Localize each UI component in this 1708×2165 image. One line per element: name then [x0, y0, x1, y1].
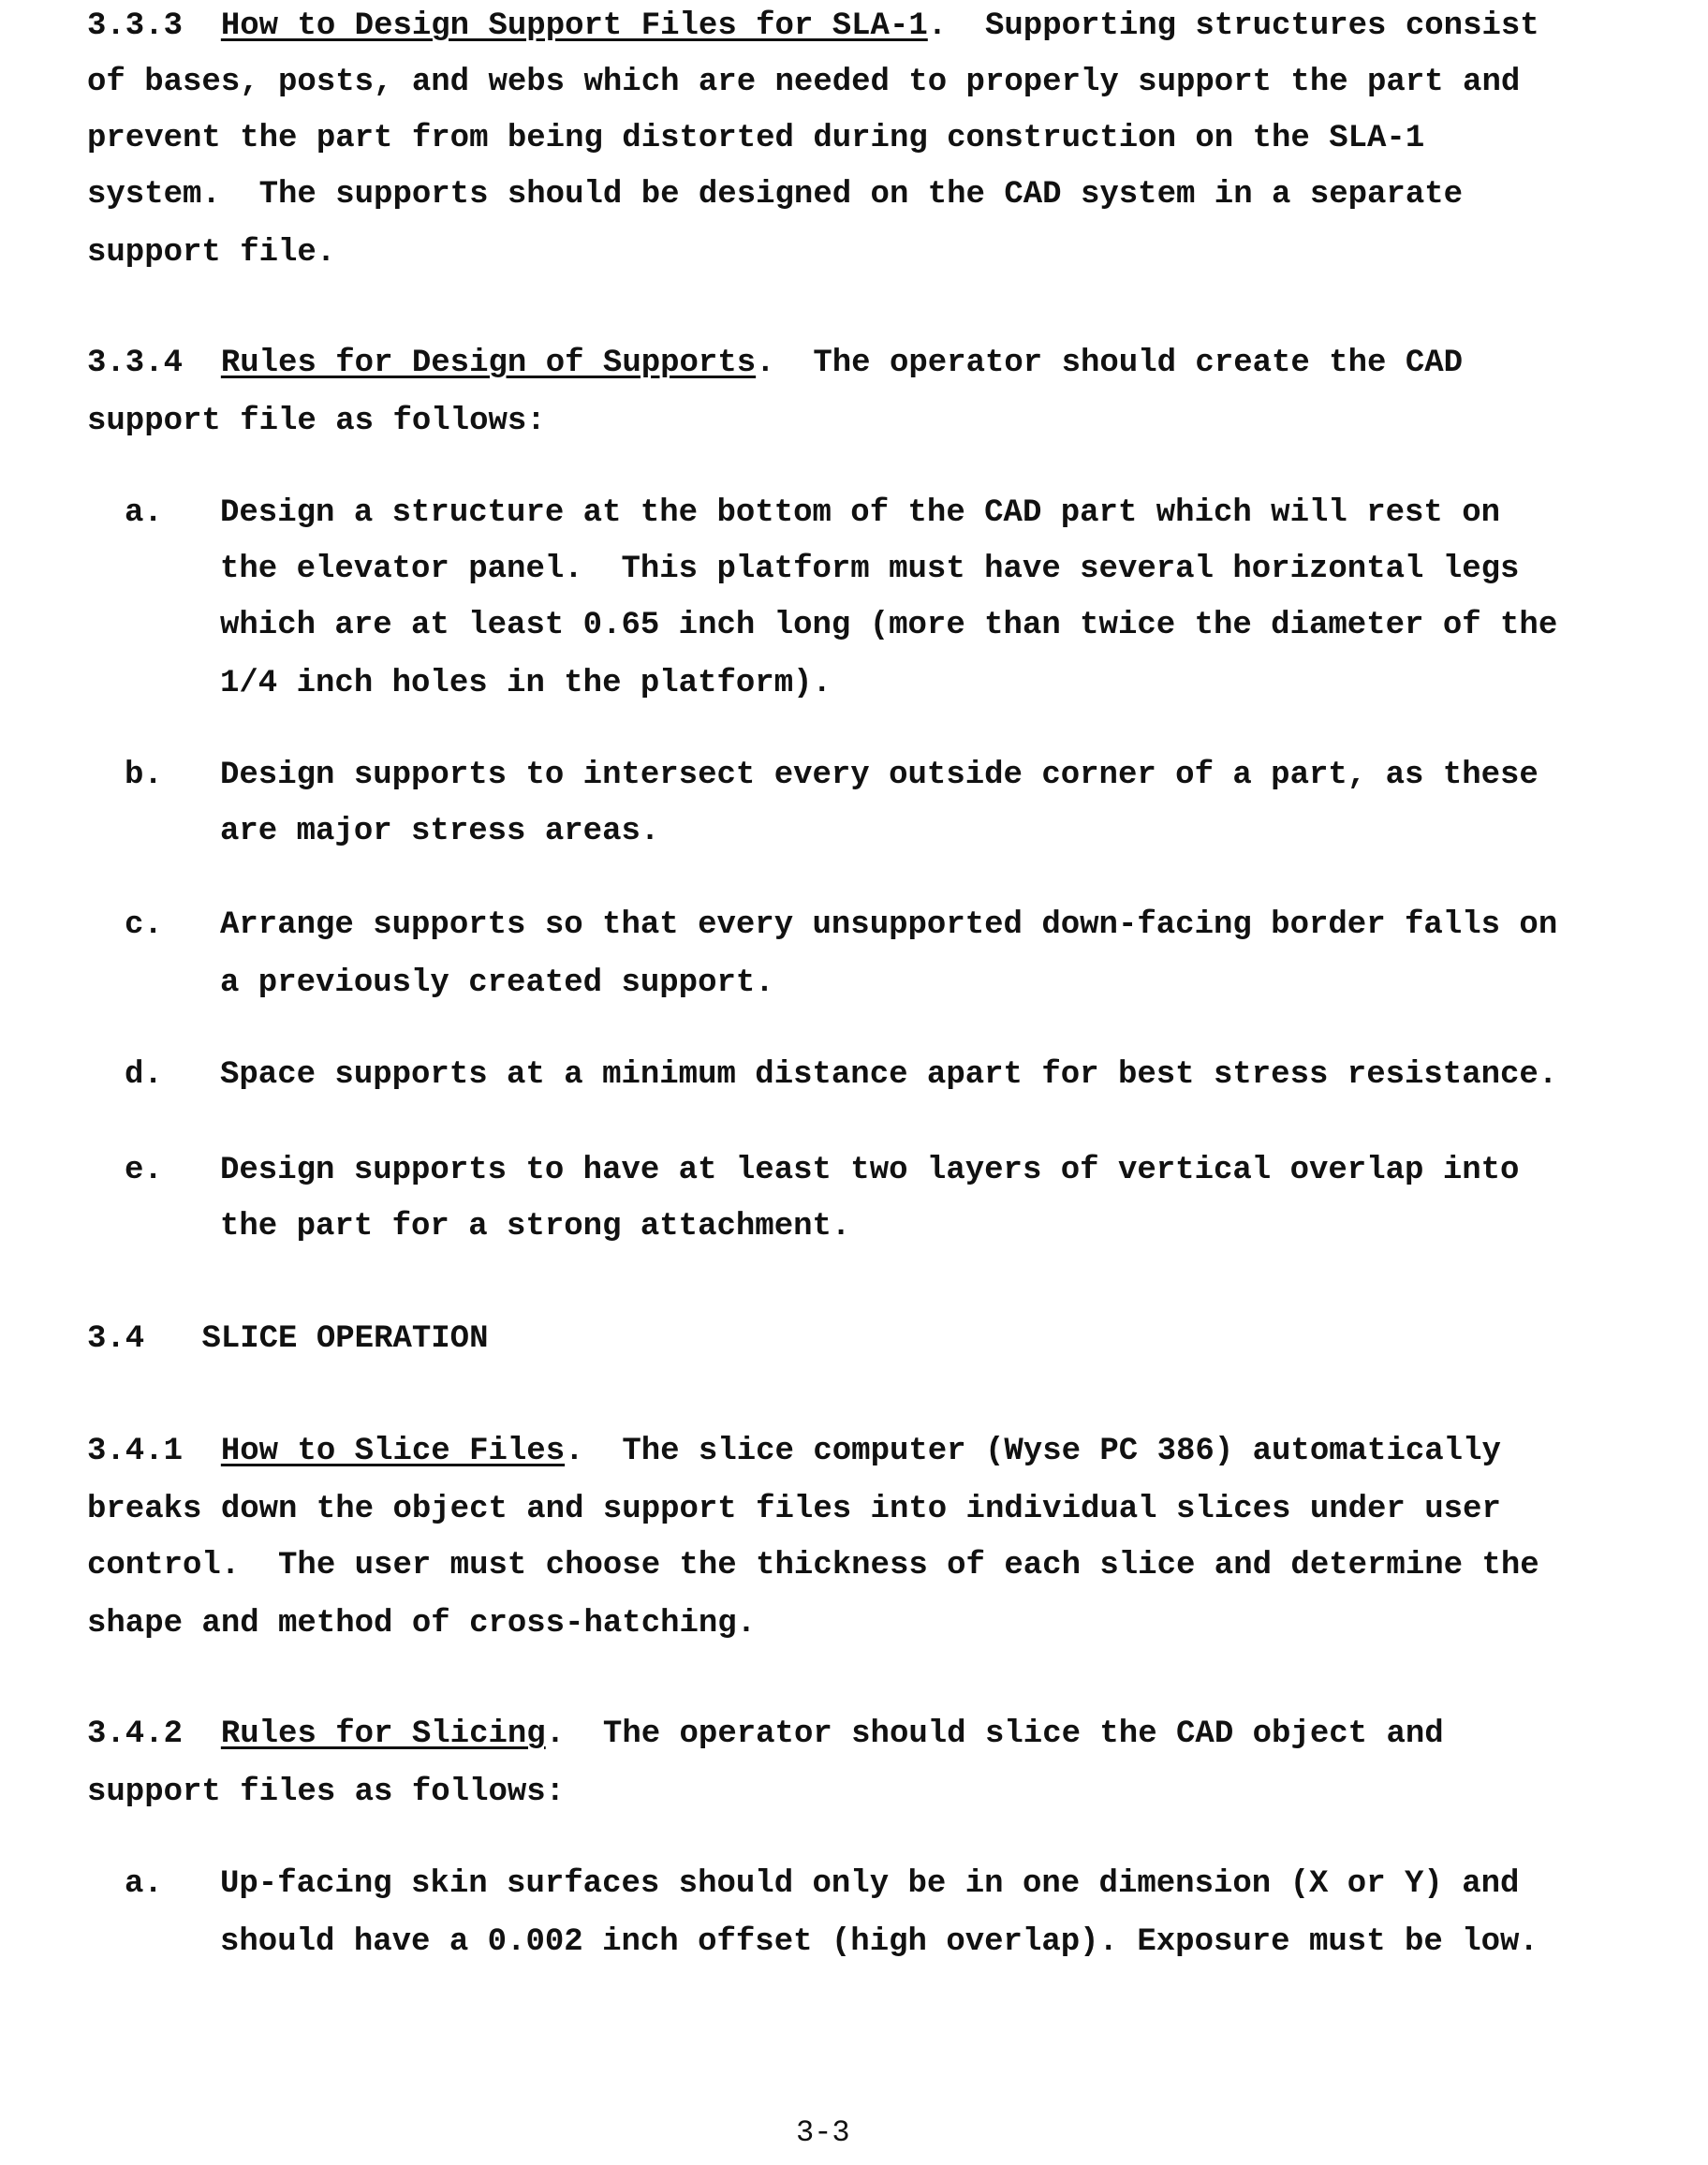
paragraph-line: support file as follows: — [87, 403, 546, 440]
paragraph-line: shape and method of cross-hatching. — [87, 1605, 756, 1642]
paragraph-line: system. The supports should be designed … — [87, 176, 1463, 214]
paragraph-line: support files as follows: — [87, 1774, 565, 1811]
paragraph-line: breaks down the object and support files… — [87, 1491, 1501, 1528]
section-3-4-2-heading-line: 3.4.2 Rules for Slicing. The operator sh… — [87, 1716, 1444, 1753]
list-item-line: the elevator panel. This platform must h… — [220, 551, 1519, 588]
paragraph-text: . Supporting structures consist — [928, 8, 1539, 44]
list-item-line: Design supports to have at least two lay… — [220, 1152, 1519, 1189]
list-item-line: Design supports to intersect every outsi… — [220, 757, 1539, 794]
list-item-line: 1/4 inch holes in the platform). — [220, 665, 832, 702]
paragraph-line: control. The user must choose the thickn… — [87, 1547, 1539, 1584]
list-item-letter: b. — [125, 757, 163, 794]
page-number: 3-3 — [796, 2114, 850, 2152]
list-item-line: a previously created support. — [220, 965, 774, 1002]
section-title: Rules for Design of Supports — [221, 346, 756, 381]
paragraph-text: . The operator should slice the CAD obje… — [546, 1716, 1444, 1752]
section-title: How to Design Support Files for SLA-1 — [221, 8, 928, 44]
section-number: 3.4.1 — [87, 1434, 183, 1469]
list-item-letter: a. — [125, 1865, 163, 1903]
paragraph-line: prevent the part from being distorted du… — [87, 120, 1424, 157]
list-item-line: are major stress areas. — [220, 813, 659, 850]
list-item-letter: c. — [125, 906, 163, 944]
list-item-line: Space supports at a minimum distance apa… — [220, 1056, 1557, 1094]
list-item-line: Arrange supports so that every unsupport… — [220, 906, 1557, 944]
section-3-4-1-heading-line: 3.4.1 How to Slice Files. The slice comp… — [87, 1433, 1501, 1470]
section-number: 3.3.3 — [87, 8, 183, 44]
list-item-line: which are at least 0.65 inch long (more … — [220, 607, 1557, 644]
section-number: 3.4 — [87, 1321, 144, 1357]
paragraph-line: support file. — [87, 234, 335, 272]
section-title: Rules for Slicing — [221, 1716, 546, 1752]
section-3-3-4-heading-line: 3.3.4 Rules for Design of Supports. The … — [87, 345, 1463, 382]
list-item-letter: d. — [125, 1056, 163, 1094]
section-3-4-heading-line: 3.4 SLICE OPERATION — [87, 1320, 489, 1358]
list-item-letter: e. — [125, 1152, 163, 1189]
list-item-line: the part for a strong attachment. — [220, 1208, 850, 1245]
list-item-line: Up-facing skin surfaces should only be i… — [220, 1865, 1519, 1903]
paragraph-text: . The slice computer (Wyse PC 386) autom… — [565, 1434, 1501, 1469]
section-3-3-3-heading-line: 3.3.3 How to Design Support Files for SL… — [87, 7, 1539, 45]
section-title: How to Slice Files — [221, 1434, 565, 1469]
section-number: 3.4.2 — [87, 1716, 183, 1752]
section-number: 3.3.4 — [87, 346, 183, 381]
list-item-line: should have a 0.002 inch offset (high ov… — [220, 1923, 1539, 1961]
paragraph-text: . The operator should create the CAD — [756, 346, 1463, 381]
paragraph-line: of bases, posts, and webs which are need… — [87, 64, 1520, 101]
section-title: SLICE OPERATION — [201, 1321, 488, 1357]
list-item-line: Design a structure at the bottom of the … — [220, 494, 1500, 532]
list-item-letter: a. — [125, 494, 163, 532]
